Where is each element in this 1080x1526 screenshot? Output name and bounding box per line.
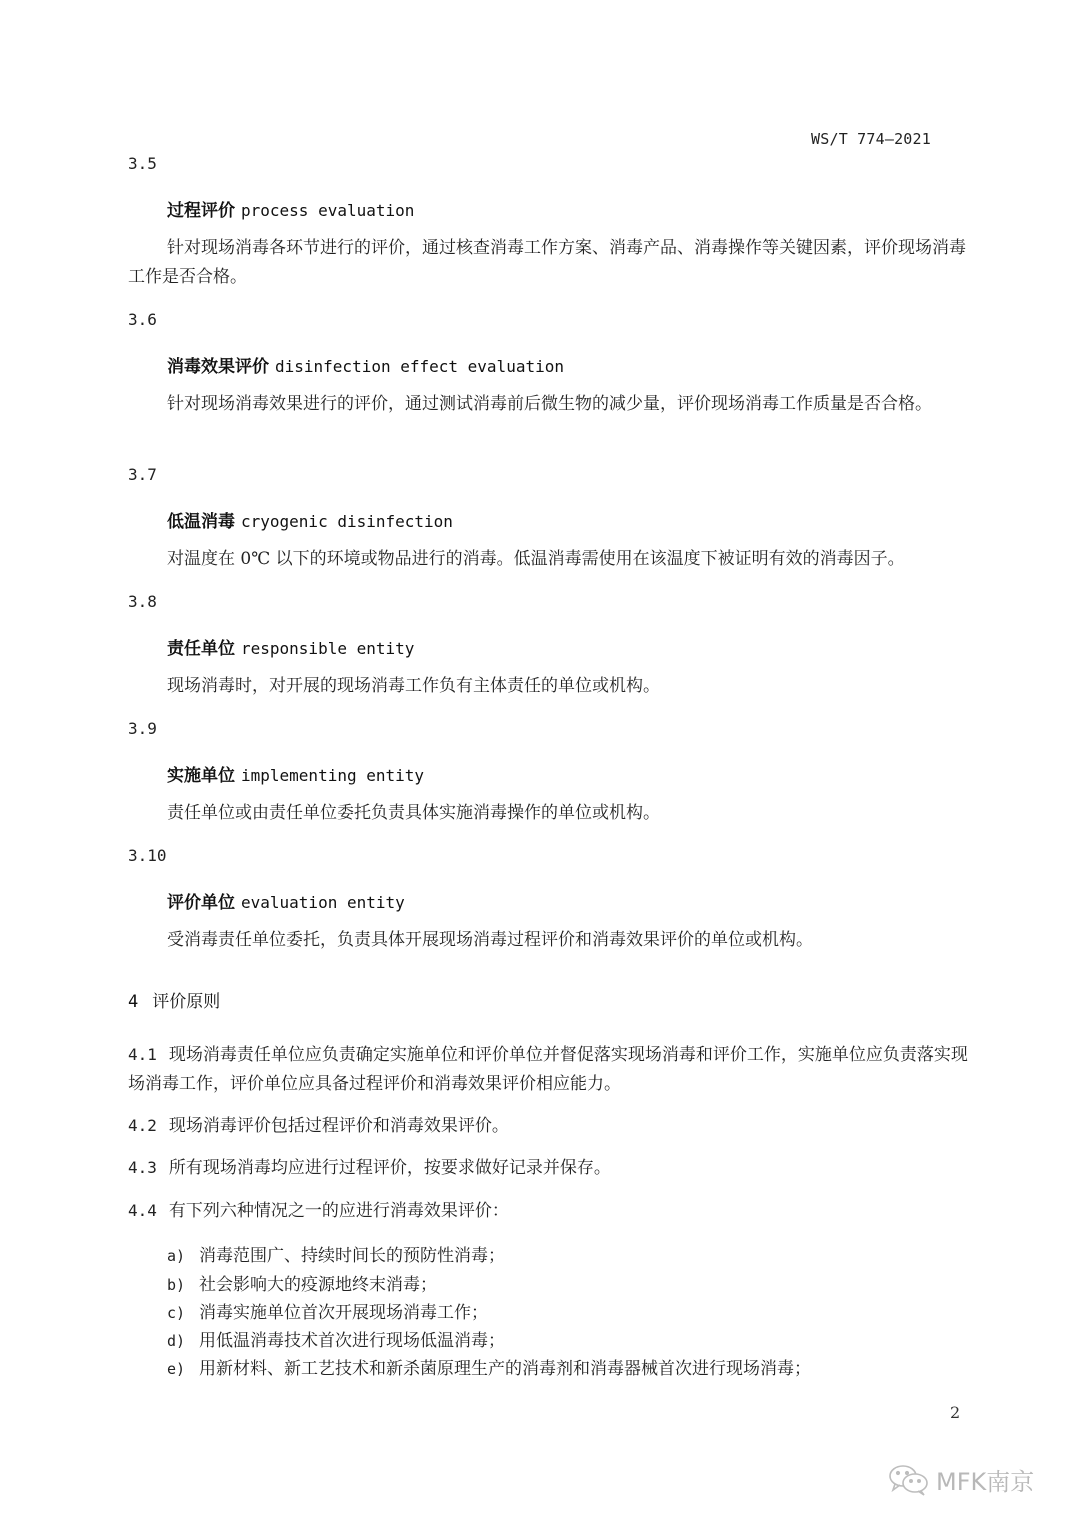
term-definition: 责任单位或由责任单位委托负责具体实施消毒操作的单位或机构。 (167, 799, 660, 828)
term-zh: 评价单位 (167, 893, 235, 913)
clause-4-2: 4.2现场消毒评价包括过程评价和消毒效果评价。 (128, 1111, 980, 1141)
list-item: e)用新材料、新工艺技术和新杀菌原理生产的消毒剂和消毒器械首次进行现场消毒； (167, 1354, 811, 1379)
term-en: evaluation entity (241, 893, 405, 912)
term-heading: 评价单位evaluation entity (167, 888, 405, 913)
term-definition: 对温度在 0℃ 以下的环境或物品进行的消毒。低温消毒需使用在该温度下被证明有效的… (167, 545, 905, 574)
watermark: MFK南京 (888, 1462, 1034, 1497)
term-zh: 责任单位 (167, 639, 235, 659)
term-en: responsible entity (241, 639, 414, 658)
clause-4-1: 4.1现场消毒责任单位应负责确定实施单位和评价单位并督促落实现场消毒和评价工作，… (128, 1040, 980, 1099)
wechat-icon (888, 1464, 930, 1496)
term-definition: 针对现场消毒效果进行的评价，通过测试消毒前后微生物的减少量，评价现场消毒工作质量… (128, 390, 980, 419)
list-text: 用低温消毒技术首次进行现场低温消毒； (199, 1331, 505, 1351)
term-zh: 过程评价 (167, 201, 235, 221)
clause-4-3: 4.3所有现场消毒均应进行过程评价，按要求做好记录并保存。 (128, 1153, 980, 1183)
term-number: 3.7 (128, 465, 157, 484)
list-marker: d) (167, 1332, 199, 1350)
clause-text: 现场消毒评价包括过程评价和消毒效果评价。 (169, 1116, 509, 1136)
term-en: cryogenic disinfection (241, 512, 453, 531)
list-text: 消毒实施单位首次开展现场消毒工作； (199, 1303, 488, 1323)
clause-number: 4.4 (128, 1201, 157, 1220)
term-en: process evaluation (241, 201, 414, 220)
term-heading: 实施单位implementing entity (167, 761, 424, 786)
term-zh: 低温消毒 (167, 512, 235, 532)
list-text: 用新材料、新工艺技术和新杀菌原理生产的消毒剂和消毒器械首次进行现场消毒； (199, 1359, 811, 1379)
list-marker: a) (167, 1247, 199, 1265)
clause-text: 现场消毒责任单位应负责确定实施单位和评价单位并督促落实现场消毒和评价工作，实施单… (128, 1045, 968, 1094)
term-number: 3.6 (128, 310, 157, 329)
term-number: 3.8 (128, 592, 157, 611)
term-heading: 责任单位responsible entity (167, 634, 414, 659)
section-heading: 4评价原则 (128, 987, 220, 1012)
clause-number: 4.1 (128, 1045, 157, 1064)
list-item: a)消毒范围广、持续时间长的预防性消毒； (167, 1241, 505, 1266)
list-text: 消毒范围广、持续时间长的预防性消毒； (199, 1246, 505, 1266)
clause-number: 4.3 (128, 1158, 157, 1177)
term-heading: 过程评价process evaluation (167, 196, 414, 221)
section-number: 4 (128, 992, 138, 1012)
term-definition: 针对现场消毒各环节进行的评价，通过核查消毒工作方案、消毒产品、消毒操作等关键因素… (128, 234, 980, 292)
clause-text: 所有现场消毒均应进行过程评价，按要求做好记录并保存。 (169, 1158, 611, 1178)
page-number: 2 (950, 1403, 960, 1422)
term-en: disinfection effect evaluation (275, 357, 564, 376)
list-marker: b) (167, 1276, 199, 1294)
section-title: 评价原则 (152, 992, 220, 1012)
clause-number: 4.2 (128, 1116, 157, 1135)
term-number: 3.10 (128, 846, 167, 865)
watermark-text: MFK南京 (936, 1462, 1034, 1497)
list-marker: e) (167, 1360, 199, 1378)
list-text: 社会影响大的疫源地终末消毒； (199, 1275, 437, 1295)
term-heading: 低温消毒cryogenic disinfection (167, 507, 453, 532)
clause-4-4: 4.4有下列六种情况之一的应进行消毒效果评价： (128, 1196, 980, 1226)
list-item: b)社会影响大的疫源地终末消毒； (167, 1270, 437, 1295)
term-en: implementing entity (241, 766, 424, 785)
list-marker: c) (167, 1304, 199, 1322)
term-definition: 现场消毒时，对开展的现场消毒工作负有主体责任的单位或机构。 (167, 672, 660, 701)
term-definition: 受消毒责任单位委托，负责具体开展现场消毒过程评价和消毒效果评价的单位或机构。 (167, 926, 813, 955)
term-number: 3.9 (128, 719, 157, 738)
term-zh: 消毒效果评价 (167, 357, 269, 377)
standard-code: WS/T 774—2021 (811, 130, 931, 148)
term-zh: 实施单位 (167, 766, 235, 786)
list-item: c)消毒实施单位首次开展现场消毒工作； (167, 1298, 488, 1323)
term-heading: 消毒效果评价disinfection effect evaluation (167, 352, 564, 377)
list-item: d)用低温消毒技术首次进行现场低温消毒； (167, 1326, 505, 1351)
term-number: 3.5 (128, 154, 157, 173)
clause-text: 有下列六种情况之一的应进行消毒效果评价： (169, 1201, 509, 1221)
